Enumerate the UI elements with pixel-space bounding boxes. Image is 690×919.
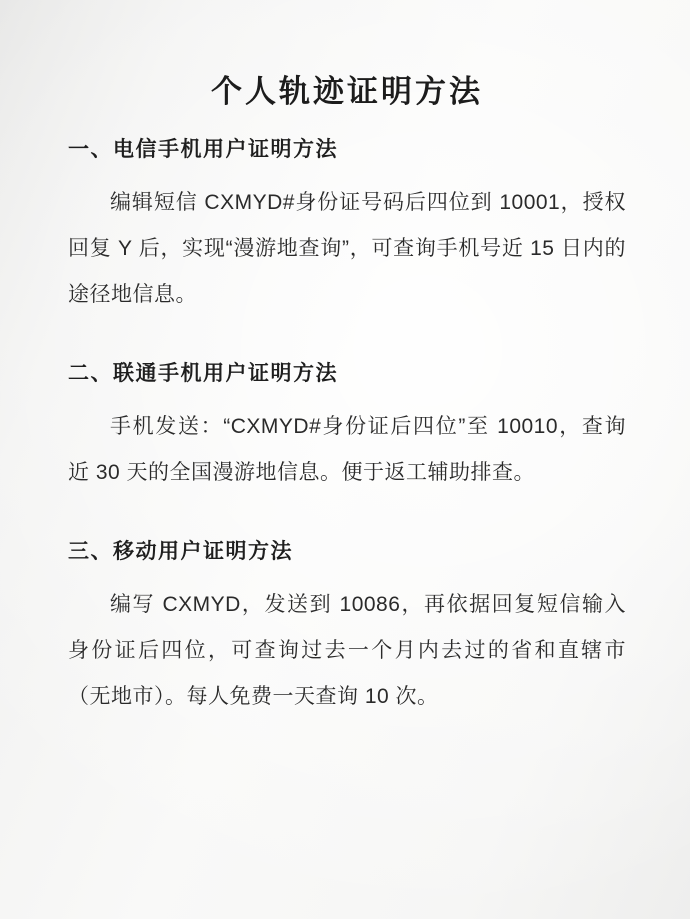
section-telecom-heading: 一、电信手机用户证明方法	[68, 136, 626, 164]
section-mobile-body: 编写 CXMYD，发送到 10086，再依据回复短信输入身份证后四位，可查询过去…	[68, 582, 626, 720]
section-unicom-body: 手机发送：“CXMYD#身份证后四位”至 10010，查询近 30 天的全国漫游…	[68, 404, 626, 496]
section-unicom: 二、联通手机用户证明方法 手机发送：“CXMYD#身份证后四位”至 10010，…	[68, 360, 626, 496]
section-telecom: 一、电信手机用户证明方法 编辑短信 CXMYD#身份证号码后四位到 10001，…	[68, 136, 626, 318]
section-unicom-heading: 二、联通手机用户证明方法	[68, 360, 626, 388]
section-mobile-heading: 三、移动用户证明方法	[68, 538, 626, 566]
document-page: 个人轨迹证明方法 一、电信手机用户证明方法 编辑短信 CXMYD#身份证号码后四…	[0, 0, 690, 919]
section-mobile: 三、移动用户证明方法 编写 CXMYD，发送到 10086，再依据回复短信输入身…	[68, 538, 626, 720]
document-title: 个人轨迹证明方法	[68, 72, 626, 112]
section-telecom-body: 编辑短信 CXMYD#身份证号码后四位到 10001，授权回复 Y 后，实现“漫…	[68, 180, 626, 318]
